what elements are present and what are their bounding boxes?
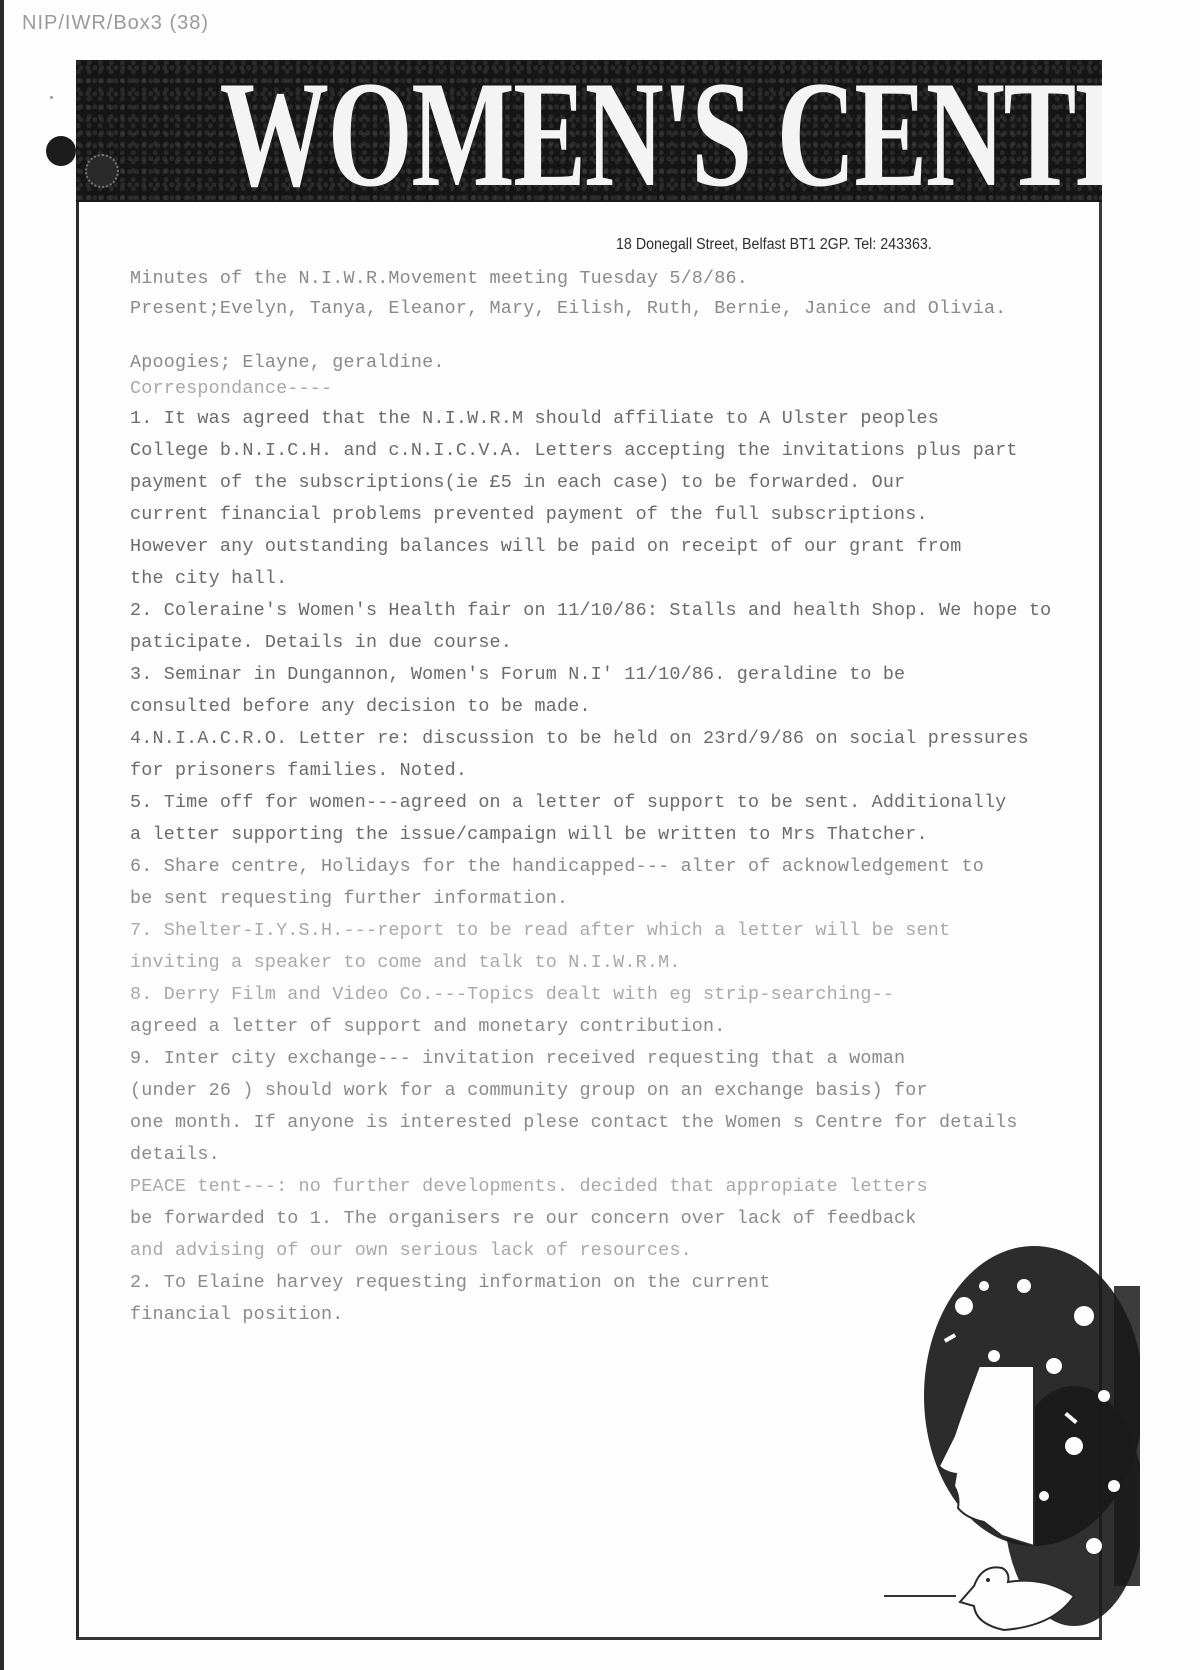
minutes-line: inviting a speaker to come and talk to N…: [130, 952, 681, 974]
minutes-line: College b.N.I.C.H. and c.N.I.C.V.A. Lett…: [130, 440, 1018, 462]
minutes-line: (under 26 ) should work for a community …: [130, 1080, 928, 1102]
minutes-line: 8. Derry Film and Video Co.---Topics dea…: [130, 984, 894, 1006]
minutes-line: one month. If anyone is interested plese…: [130, 1112, 1018, 1134]
minutes-line: current financial problems prevented pay…: [130, 504, 928, 526]
scan-speck: [50, 96, 53, 99]
minutes-line: be sent requesting further information.: [130, 888, 568, 910]
scan-edge: [0, 0, 4, 1670]
letterhead-masthead: WOMEN'S CENTRE: [76, 60, 1102, 202]
minutes-line: paticipate. Details in due course.: [130, 632, 512, 654]
minutes-line: 2. To Elaine harvey requesting informati…: [130, 1272, 770, 1294]
minutes-line: 2. Coleraine's Women's Health fair on 11…: [130, 600, 1051, 622]
minutes-line: 6. Share centre, Holidays for the handic…: [130, 856, 984, 878]
minutes-line: 7. Shelter-I.Y.S.H.---report to be read …: [130, 920, 950, 942]
section-heading: Correspondance----: [130, 378, 332, 400]
minutes-line: 4.N.I.A.C.R.O. Letter re: discussion to …: [130, 728, 1029, 750]
minutes-line: agreed a letter of support and monetary …: [130, 1016, 726, 1038]
minutes-line: a letter supporting the issue/campaign w…: [130, 824, 928, 846]
minutes-line: However any outstanding balances will be…: [130, 536, 961, 558]
apologies: Apoogies; Elayne, geraldine.: [130, 352, 445, 374]
minutes-line: payment of the subscriptions(ie £5 in ea…: [130, 472, 905, 494]
letterhead-address: 18 Donegall Street, Belfast BT1 2GP. Tel…: [616, 236, 932, 254]
punch-hole-icon: [46, 136, 76, 166]
minutes-line: the city hall.: [130, 568, 287, 590]
minutes-line: 1. It was agreed that the N.I.W.R.M shou…: [130, 408, 939, 430]
minutes-line: consulted before any decision to be made…: [130, 696, 591, 718]
minutes-heading: Minutes of the N.I.W.R.Movement meeting …: [130, 268, 748, 290]
minutes-line: 9. Inter city exchange--- invitation rec…: [130, 1048, 905, 1070]
minutes-line: be forwarded to 1. The organisers re our…: [130, 1208, 917, 1230]
minutes-line: 3. Seminar in Dungannon, Women's Forum N…: [130, 664, 905, 686]
woman-profile-illustration-icon: [884, 1246, 1140, 1670]
minutes-line: for prisoners families. Noted.: [130, 760, 467, 782]
letterhead-title: WOMEN'S CENTRE: [220, 64, 959, 202]
archive-reference: NIP/IWR/Box3 (38): [22, 12, 209, 35]
minutes-line: financial position.: [130, 1304, 344, 1326]
attendees-present: Present;Evelyn, Tanya, Eleanor, Mary, Ei…: [130, 298, 1006, 320]
minutes-line: and advising of our own serious lack of …: [130, 1240, 692, 1262]
punch-hole-ring-icon: [85, 154, 119, 188]
minutes-line: 5. Time off for women---agreed on a lett…: [130, 792, 1006, 814]
minutes-line: PEACE tent---: no further developments. …: [130, 1176, 928, 1198]
minutes-line: details.: [130, 1144, 220, 1166]
